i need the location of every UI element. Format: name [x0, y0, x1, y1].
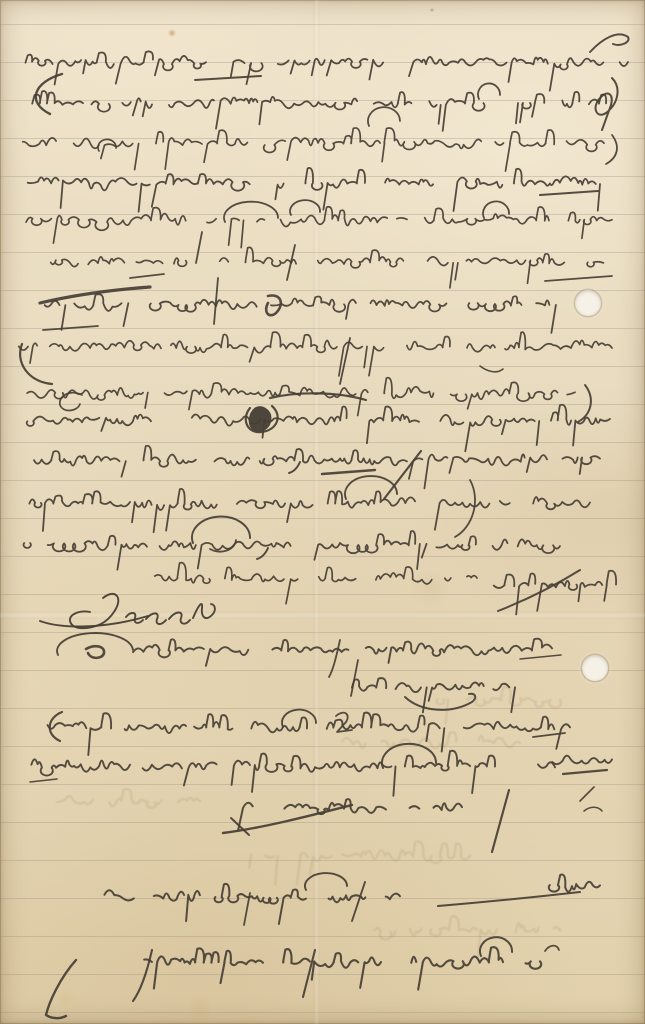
ink-stroke	[155, 563, 477, 604]
ink-stroke	[345, 476, 397, 499]
ink-stroke	[8, 751, 555, 796]
ink-stroke	[563, 770, 607, 774]
ink-stroke	[196, 232, 202, 263]
ink-stroke	[33, 294, 556, 333]
handwriting-body	[8, 51, 628, 989]
handwriting-layer	[0, 0, 645, 1024]
ink-stroke	[540, 191, 598, 195]
ink-stroke	[478, 83, 500, 99]
hole-punch-bottom	[582, 655, 608, 681]
letter-page	[0, 0, 645, 1024]
ink-stroke	[590, 34, 629, 52]
ink-stroke	[60, 393, 82, 411]
ink-stroke	[545, 276, 612, 281]
ink-stroke	[57, 633, 133, 655]
ink-stroke	[27, 405, 610, 452]
ink-stroke	[23, 128, 604, 171]
ink-stroke	[34, 446, 600, 489]
ink-stroke	[126, 604, 215, 624]
ink-stroke	[368, 107, 400, 126]
ink-stroke	[352, 882, 365, 921]
ink-stroke	[405, 694, 475, 710]
ink-stroke	[287, 245, 295, 280]
ink-stroke	[480, 937, 512, 956]
ink-stroke	[438, 892, 580, 906]
ink-stroke	[342, 732, 520, 748]
ink-stroke	[130, 274, 164, 278]
ink-stroke	[43, 326, 98, 330]
ink-stroke	[336, 713, 352, 732]
ink-stroke	[322, 470, 375, 474]
ink-stroke	[57, 789, 200, 808]
ink-stroke	[144, 947, 541, 989]
ink-stroke	[305, 873, 347, 890]
ink-stroke	[584, 807, 602, 811]
ink-stroke	[133, 950, 152, 1001]
ink-stroke	[26, 207, 612, 248]
ink-stroke	[46, 960, 76, 1018]
hole-punch-top	[575, 290, 601, 316]
ink-stroke	[28, 168, 600, 212]
ink-stroke	[48, 713, 571, 755]
ink-stroke	[19, 332, 612, 376]
ink-stroke	[606, 135, 617, 164]
ink-stroke	[329, 640, 340, 677]
ink-stroke	[192, 517, 250, 543]
ink-stroke	[31, 247, 604, 288]
signature-jacob	[40, 594, 215, 628]
ink-stroke	[247, 841, 470, 884]
ink-stroke	[29, 489, 590, 532]
ink-stroke	[30, 779, 57, 782]
ink-stroke	[552, 756, 612, 764]
ink-bleed-through	[57, 687, 561, 956]
ink-stroke	[86, 646, 104, 658]
ink-stroke	[578, 385, 591, 422]
ink-stroke	[494, 571, 616, 615]
ink-stroke	[351, 660, 358, 696]
ink-stroke	[23, 531, 560, 570]
ink-stroke	[289, 462, 300, 473]
ink-stroke	[282, 710, 316, 727]
ink-stroke	[104, 884, 400, 924]
ink-stroke	[455, 480, 475, 537]
ink-stroke	[70, 594, 118, 628]
ink-stroke	[290, 200, 320, 215]
ink-stroke	[520, 655, 561, 659]
ink-stroke	[25, 51, 628, 90]
ink-stroke	[257, 548, 268, 559]
ink-stroke	[40, 616, 148, 626]
ink-stroke	[375, 916, 560, 956]
ink-stroke	[549, 875, 600, 892]
ink-stroke	[580, 787, 594, 801]
ink-stroke	[249, 407, 271, 432]
ink-stroke	[344, 678, 515, 712]
ink-stroke	[492, 790, 509, 852]
ink-stroke	[480, 366, 503, 372]
ink-stroke	[195, 76, 261, 80]
ink-stroke	[27, 378, 575, 416]
ink-stroke	[50, 712, 62, 741]
ink-stroke	[32, 91, 606, 131]
ink-stroke	[133, 639, 552, 666]
ink-stroke	[545, 946, 559, 951]
